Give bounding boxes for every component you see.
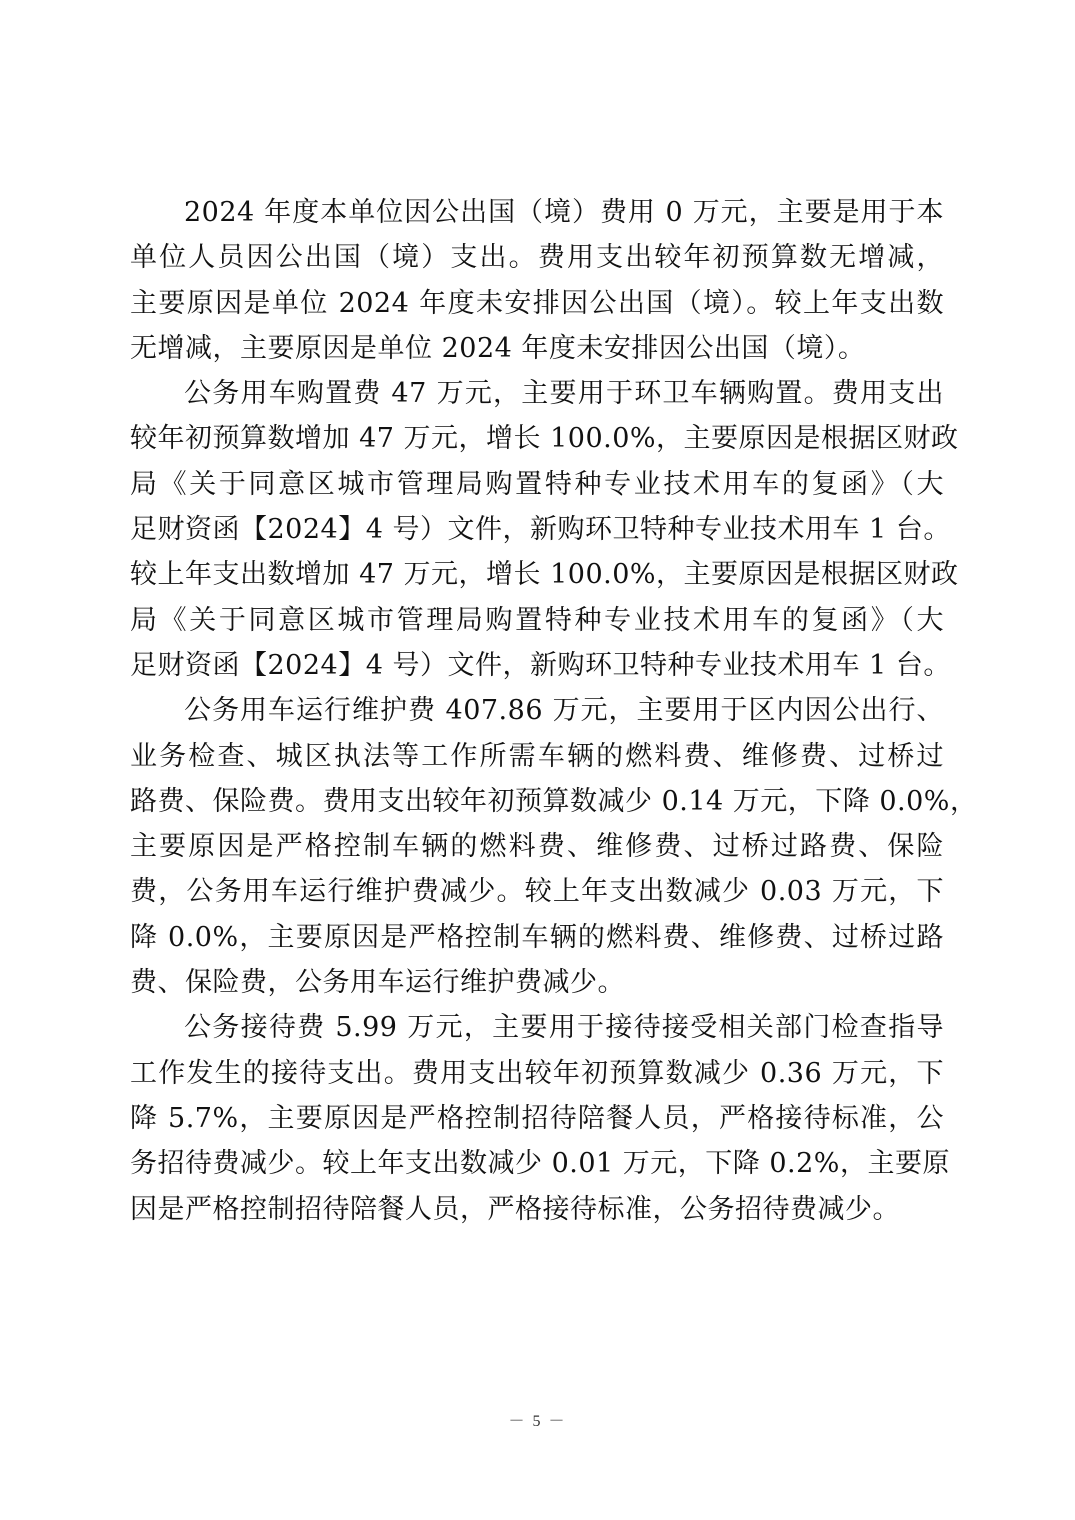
document-page: 2024 年度本单位因公出国（境）费用 0 万元，主要是用于本 单位人员因公出国…: [0, 0, 1075, 1520]
text-line: 务招待费减少。较上年支出数减少 0.01 万元，下降 0.2%，主要原: [130, 1141, 944, 1186]
paragraph-overseas-travel: 2024 年度本单位因公出国（境）费用 0 万元，主要是用于本 单位人员因公出国…: [130, 190, 944, 371]
text-line: 降 5.7%，主要原因是严格控制招待陪餐人员，严格接待标准，公: [130, 1096, 944, 1141]
text-line: 公务接待费 5.99 万元，主要用于接待接受相关部门检查指导: [130, 1005, 944, 1050]
text-line: 无增减，主要原因是单位 2024 年度未安排因公出国（境）。: [130, 326, 944, 371]
text-line: 局《关于同意区城市管理局购置特种专业技术用车的复函》（大: [130, 462, 944, 507]
text-line: 单位人员因公出国（境）支出。费用支出较年初预算数无增减，: [130, 235, 944, 280]
page-number: － 5 －: [0, 1408, 1075, 1431]
text-line: 公务用车购置费 47 万元，主要用于环卫车辆购置。费用支出: [130, 371, 944, 416]
text-line: 局《关于同意区城市管理局购置特种专业技术用车的复函》（大: [130, 598, 944, 643]
paragraph-vehicle-maintenance: 公务用车运行维护费 407.86 万元，主要用于区内因公出行、 业务检查、城区执…: [130, 688, 944, 1005]
text-line: 降 0.0%，主要原因是严格控制车辆的燃料费、维修费、过桥过路: [130, 915, 944, 960]
text-line: 费，公务用车运行维护费减少。较上年支出数减少 0.03 万元，下: [130, 869, 944, 914]
paragraph-vehicle-purchase: 公务用车购置费 47 万元，主要用于环卫车辆购置。费用支出 较年初预算数增加 4…: [130, 371, 944, 688]
text-line: 路费、保险费。费用支出较年初预算数减少 0.14 万元，下降 0.0%，: [130, 779, 944, 824]
paragraph-reception: 公务接待费 5.99 万元，主要用于接待接受相关部门检查指导 工作发生的接待支出…: [130, 1005, 944, 1231]
text-line: 费、保险费，公务用车运行维护费减少。: [130, 960, 944, 1005]
text-line: 较年初预算数增加 47 万元，增长 100.0%，主要原因是根据区财政: [130, 416, 944, 461]
text-line: 公务用车运行维护费 407.86 万元，主要用于区内因公出行、: [130, 688, 944, 733]
text-line: 工作发生的接待支出。费用支出较年初预算数减少 0.36 万元，下: [130, 1051, 944, 1096]
text-line: 主要原因是单位 2024 年度未安排因公出国（境）。较上年支出数: [130, 281, 944, 326]
text-line: 主要原因是严格控制车辆的燃料费、维修费、过桥过路费、保险: [130, 824, 944, 869]
text-line: 足财资函【2024】4 号）文件，新购环卫特种专业技术用车 1 台。: [130, 507, 944, 552]
body-text: 2024 年度本单位因公出国（境）费用 0 万元，主要是用于本 单位人员因公出国…: [130, 190, 944, 1232]
text-line: 业务检查、城区执法等工作所需车辆的燃料费、维修费、过桥过: [130, 734, 944, 779]
text-line: 2024 年度本单位因公出国（境）费用 0 万元，主要是用于本: [130, 190, 944, 235]
text-line: 因是严格控制招待陪餐人员，严格接待标准，公务招待费减少。: [130, 1187, 944, 1232]
text-line: 较上年支出数增加 47 万元，增长 100.0%，主要原因是根据区财政: [130, 552, 944, 597]
text-line: 足财资函【2024】4 号）文件，新购环卫特种专业技术用车 1 台。: [130, 643, 944, 688]
